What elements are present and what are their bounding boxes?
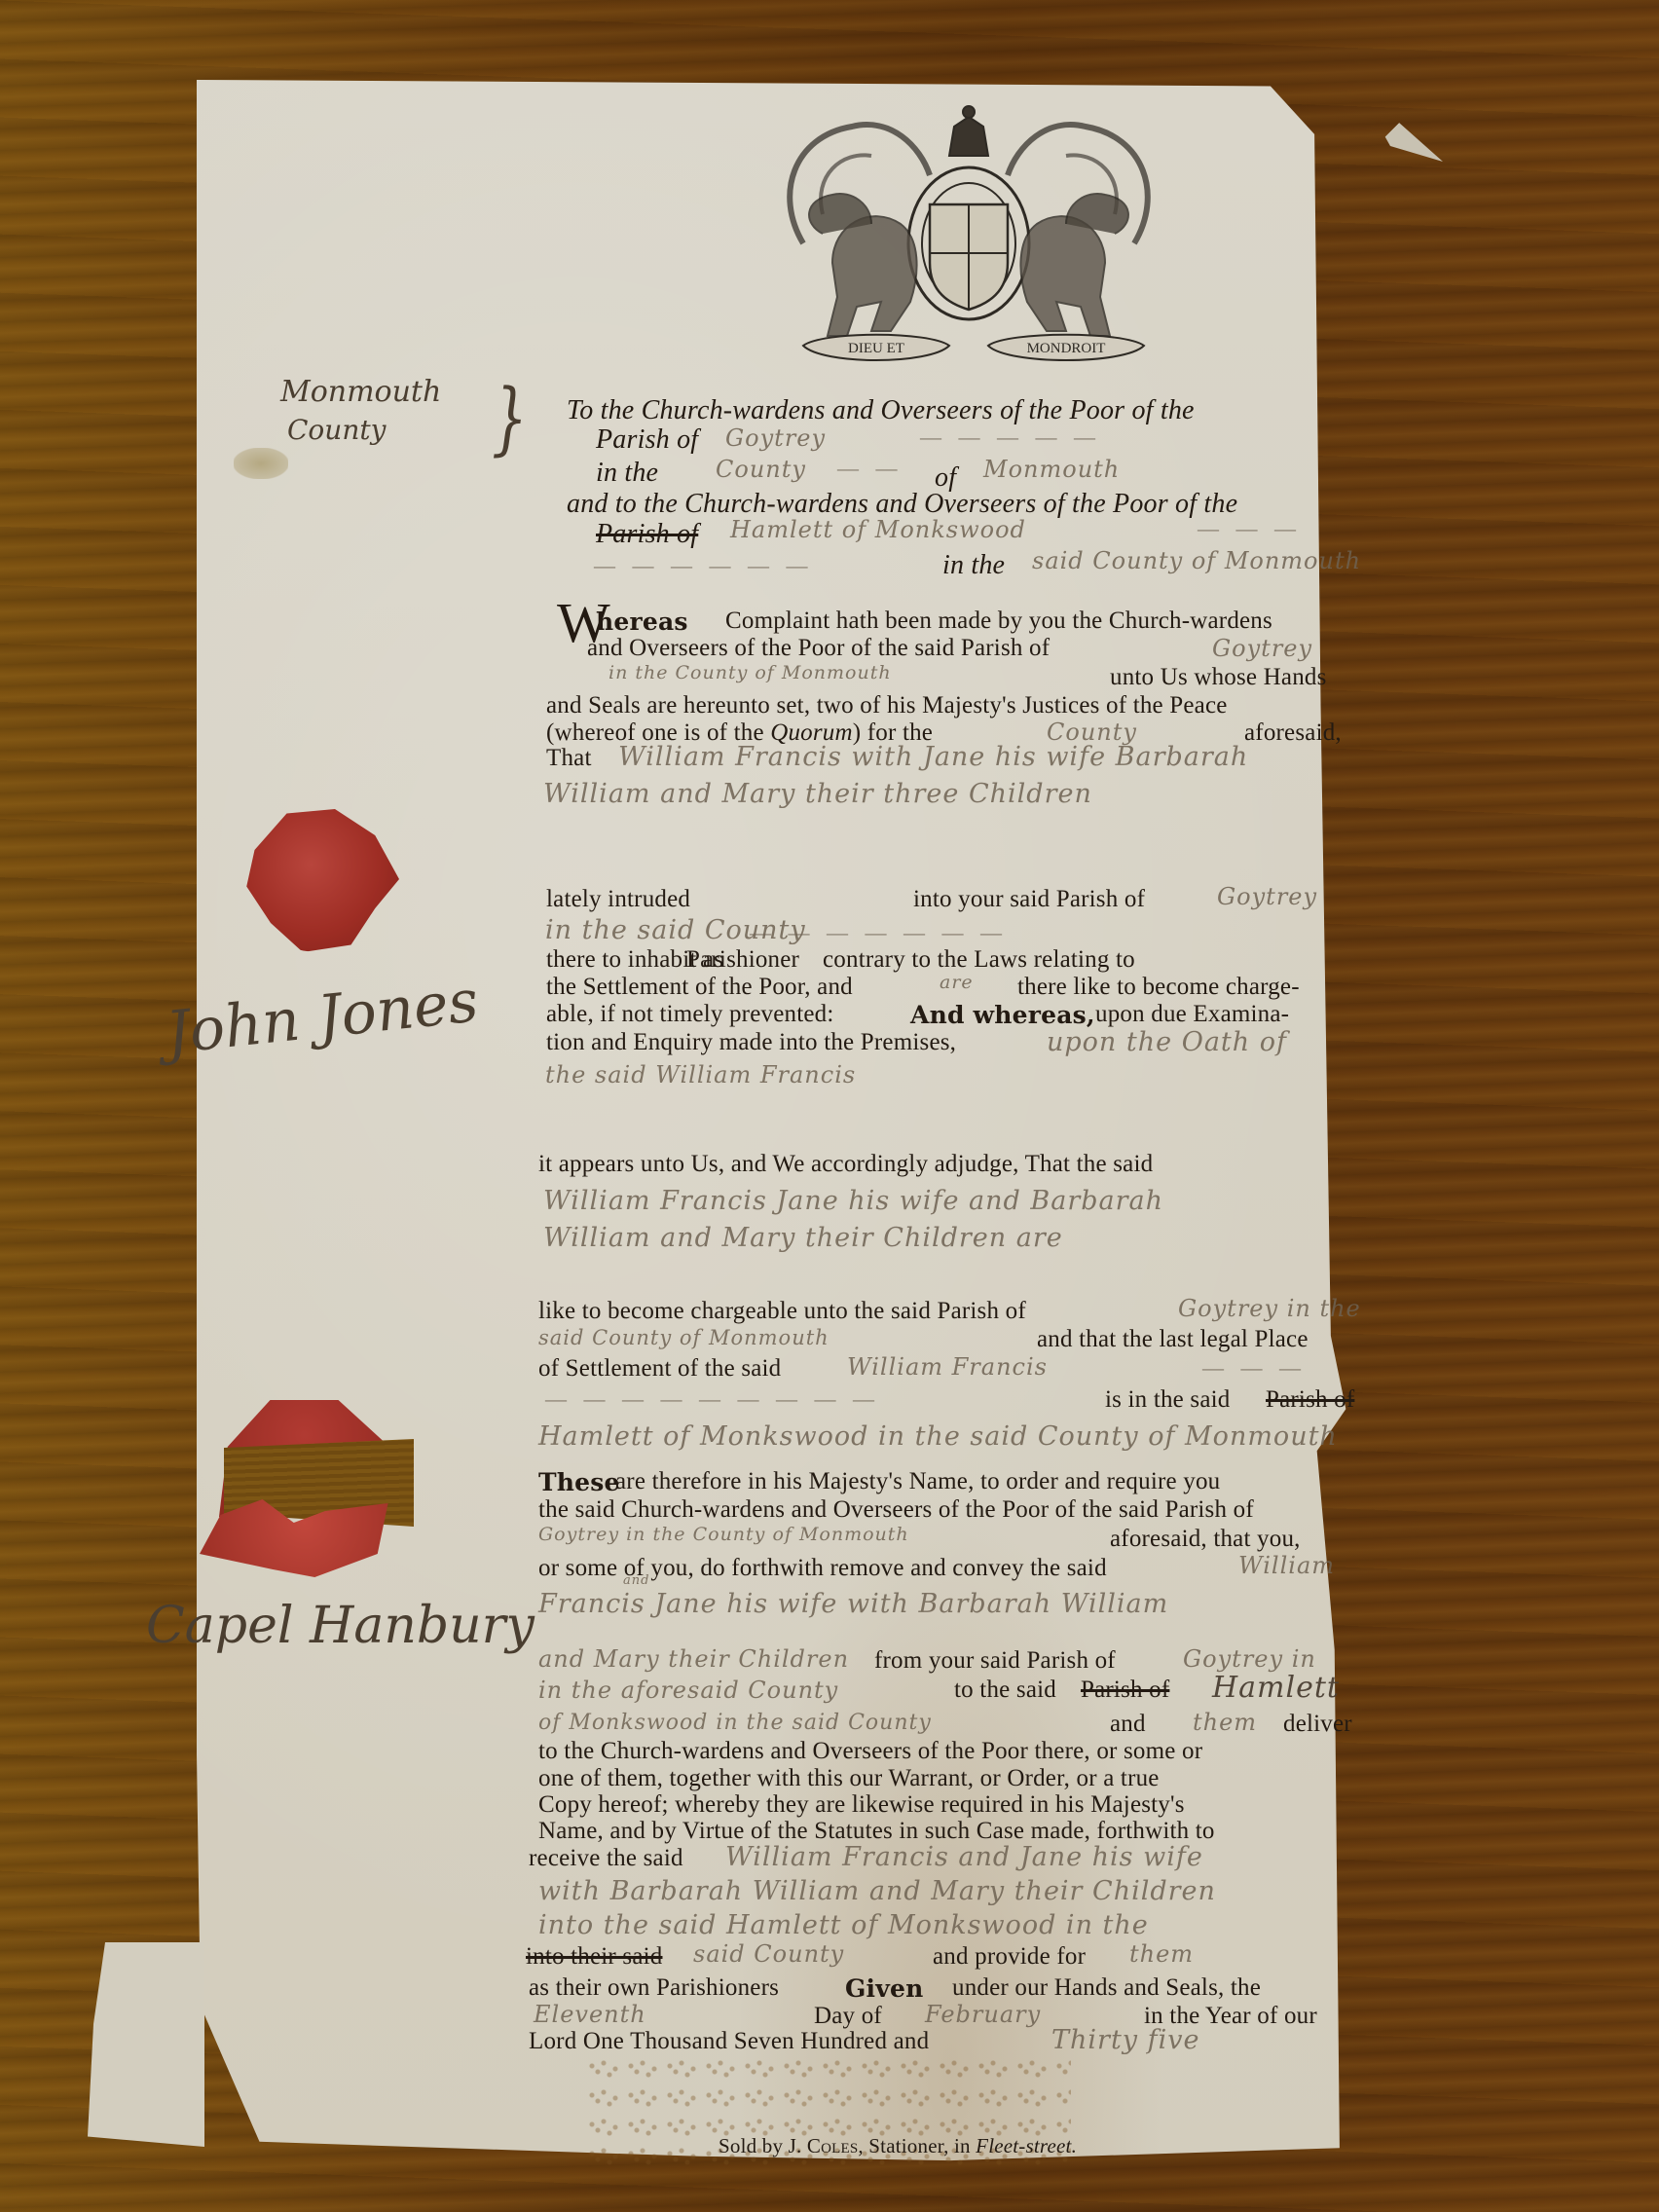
p5-caret-and: and [623,1573,649,1588]
p5-line10: one of them, together with this our Warr… [538,1765,1160,1792]
printer-imprint: Sold by J. Coles, Stationer, in Fleet-st… [719,2134,1077,2158]
margin-county-line2: County [287,414,386,446]
p2-examination: upon due Examina- [1095,1001,1289,1028]
p2-are-fill: are [940,972,974,993]
p5-parish-fill: Goytrey in the County of Monmouth [538,1524,909,1545]
p5-william-fill: William [1238,1552,1335,1579]
p1-county-fill: in the County of Monmouth [608,662,892,683]
address-county-fill-2: said County of Monmouth [1032,547,1361,574]
signature-capel-hanbury: Capel Hanbury [146,1597,535,1655]
p5-with-children-fill: with Barbarah William and Mary their Chi… [538,1876,1216,1906]
p3-line1: it appears unto Us, and We accordingly a… [538,1151,1153,1178]
motto-left: DIEU ET [848,341,904,356]
p5-children-fill: and Mary their Children [538,1645,849,1673]
paper-lower-left-flap [88,1942,204,2147]
printer-place: Fleet-street. [976,2134,1077,2157]
p5-line12: Name, and by Virtue of the Statutes in s… [538,1818,1215,1845]
fill-dash: — — — — — [920,424,1101,450]
p5-month-fill: February [925,2001,1041,2028]
p5-aforesaid-county-fill: in the aforesaid County [538,1677,838,1704]
address-in-the-label: in the [596,458,658,489]
p5-year-fill: Thirty five [1051,2025,1200,2055]
p5-line11: Copy hereof; whereby they are likewise r… [538,1791,1185,1819]
motto-right: MONDROIT [1027,341,1106,356]
p2-enquiry: tion and Enquiry made into the Premises, [546,1029,956,1056]
address-county-name-fill: Monmouth [983,456,1120,483]
margin-county-line1: Monmouth [280,375,441,409]
p2-settlement: the Settlement of the Poor, and [546,974,853,1001]
p5-line9: to the Church-wardens and Overseers of t… [538,1738,1202,1765]
p5-struck-parish-of: Parish of [1081,1677,1169,1704]
p1-aforesaid: aforesaid, [1244,719,1342,747]
p5-said-county-fill: said County [693,1940,844,1968]
p4-line2: and that the last legal Place [1037,1326,1309,1353]
p5-from-parish-fill: Goytrey in [1183,1645,1316,1673]
p4-line4: is in the said [1105,1386,1230,1414]
p5-parishioners: as their own Parishioners [529,1974,779,2002]
p2-oath-fill: upon the Oath of [1047,1027,1287,1057]
p1-line3: unto Us whose Hands [1110,664,1327,691]
p2-contrary: contrary to the Laws relating to [823,946,1135,974]
coat-of-arms-icon: DIEU ET MONDROIT [764,97,1173,370]
p3-persons-fill: William Francis Jane his wife and Barbar… [543,1186,1163,1216]
address-parish-label: Parish of [596,424,698,456]
address-struck-parish-of: Parish of [596,519,698,550]
p5-to-the-said: to the said [954,1677,1056,1704]
address-county-fill: County [716,456,806,483]
p5-persons-fill: Francis Jane his wife with Barbarah Will… [538,1589,1168,1619]
royal-coat-of-arms: DIEU ET MONDROIT [764,97,1173,370]
p4-settlement-fill: Hamlett of Monkswood in the said County … [538,1421,1338,1452]
p2-lately-intruded: lately intruded [546,886,690,913]
p5-lord-year: Lord One Thousand Seven Hundred and [529,2028,929,2055]
address-parish-fill: Goytrey [725,424,826,452]
ink-stain [234,448,288,479]
margin-brace: } [492,371,528,463]
fill-dash: — — — — — — — — — [545,1386,880,1412]
p5-day-of: Day of [814,2003,882,2030]
p2-into-parish: into your said Parish of [913,886,1145,913]
p5-struck-into-their-said: into their said [526,1943,662,1971]
blackletter-these: These [538,1468,620,1496]
p4-line3: of Settlement of the said [538,1355,781,1382]
blackletter-given: Given [845,1974,923,2003]
p5-day-fill: Eleventh [534,2001,646,2028]
p4-county-fill: said County of Monmouth [538,1326,829,1349]
p5-from-parish: from your said Parish of [874,1647,1116,1675]
address-in-the-label-2: in the [942,550,1005,581]
p5-them-fill-2: them [1129,1940,1194,1968]
p1-line4: and Seals are hereunto set, two of his M… [546,692,1228,719]
p1-parish-fill: Goytrey [1212,635,1312,662]
p4-struck-parish-of: Parish of [1266,1386,1354,1414]
address-line1: To the Church-wardens and Overseers of t… [567,395,1195,426]
p5-line1: are therefore in his Majesty's Name, to … [615,1468,1220,1495]
address-hamlet-fill: Hamlett of Monkswood [730,516,1026,543]
p5-line3: aforesaid, that you, [1110,1526,1301,1553]
p1-that: That [546,745,592,772]
printer-name: Coles [807,2134,859,2157]
fill-dash: — — — [1202,1355,1307,1381]
fill-dash: — — — — — — — [750,920,1008,945]
p5-deliver: deliver [1283,1711,1352,1738]
blackletter-and-whereas: And whereas, [910,1001,1095,1029]
blackletter-whereas: hereas [596,608,688,636]
p1-persons-fill: William Francis with Jane his wife Barba… [618,742,1248,772]
p2-parish-fill: Goytrey [1217,883,1317,910]
fill-dash: — — — [1198,516,1302,541]
p2-parishioner: Parishioner [686,946,799,974]
p4-parish-fill: Goytrey in the [1178,1295,1361,1322]
p5-receive: receive the said [529,1845,683,1872]
p2-prevented: able, if not timely prevented: [546,1001,834,1028]
p5-hamlett-fill: Hamlett [1212,1671,1340,1705]
p4-line1: like to become chargeable unto the said … [538,1298,1026,1325]
p5-and: and [1110,1711,1146,1738]
p5-line2: the said Church-wardens and Overseers of… [538,1496,1254,1524]
p5-into-hamlett-fill: into the said Hamlett of Monkswood in th… [538,1910,1149,1940]
p5-provide-for: and provide for [933,1943,1086,1971]
p1-line2: and Overseers of the Poor of the said Pa… [587,635,1050,662]
fill-dash: — — — — — — [594,553,814,578]
p1-line1: Complaint hath been made by you the Chur… [725,608,1272,635]
p2-person-fill: the said William Francis [545,1061,856,1088]
folded-corner [1355,84,1443,162]
p5-monkswood-fill: of Monkswood in the said County [538,1711,932,1735]
p3-children-fill: William and Mary their Children are [543,1223,1063,1253]
fill-dash: — — [837,456,903,481]
p5-hands-seals: under our Hands and Seals, the [952,1974,1261,2002]
p1-children-fill: William and Mary their three Children [543,779,1092,809]
p5-them-fill: them [1193,1709,1257,1736]
p5-receive-fill: William Francis and Jane his wife [725,1842,1203,1872]
p2-chargeable: there like to become charge- [1017,974,1300,1001]
p4-person-fill: William Francis [847,1353,1048,1381]
